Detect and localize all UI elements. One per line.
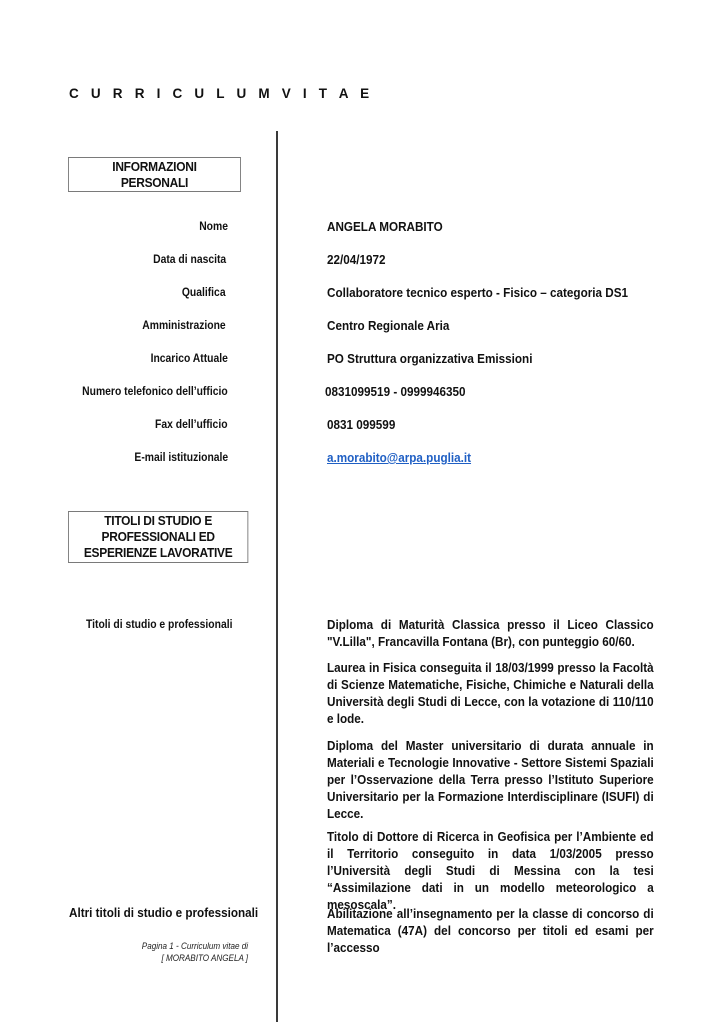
field-label-email: E-mail istituzionale (134, 452, 228, 464)
section-heading-line: PERSONALI (112, 175, 196, 191)
title-entry: Laurea in Fisica conseguita il 18/03/199… (327, 659, 654, 727)
field-value-amministrazione: Centro Regionale Aria (327, 318, 449, 333)
field-label-fax: Fax dell’ufficio (156, 419, 228, 431)
section-heading-line: TITOLI DI STUDIO E (84, 513, 233, 529)
section-heading-line: PROFESSIONALI ED (84, 529, 233, 545)
email-link[interactable]: a.morabito@arpa.puglia.it (327, 450, 471, 465)
title-entry: Titolo di Dottore di Ricerca in Geofisic… (327, 828, 654, 913)
section-heading-line: ESPERIENZE LAVORATIVE (84, 545, 233, 561)
field-label-nome: Nome (199, 221, 228, 233)
page-footer: Pagina 1 - Curriculum vitae di [ MORABIT… (142, 940, 248, 964)
field-label-incarico: Incarico Attuale (151, 353, 228, 365)
section-heading-personal: INFORMAZIONI PERSONALI (68, 157, 241, 192)
field-value-nome: ANGELA MORABITO (327, 219, 443, 234)
other-title-entry: Abilitazione all’insegnamento per la cla… (327, 905, 654, 956)
field-label-qualifica: Qualifica (182, 287, 226, 299)
title-entry: Diploma di Maturità Classica presso il L… (327, 616, 654, 650)
other-titles-label: Altri titoli di studio e professionali (69, 905, 258, 920)
field-value-qualifica: Collaboratore tecnico esperto - Fisico –… (327, 285, 628, 300)
field-label-telefono: Numero telefonico dell’ufficio (83, 386, 228, 398)
field-label-amministrazione: Amministrazione (143, 320, 226, 332)
page-title: C U R R I C U L U M V I T A E (69, 86, 373, 101)
section-heading-studies: TITOLI DI STUDIO E PROFESSIONALI ED ESPE… (68, 511, 248, 563)
title-entry: Diploma del Master universitario di dura… (327, 737, 654, 822)
footer-page-info: Pagina 1 - Curriculum vitae di (142, 940, 248, 952)
field-value-incarico: PO Struttura organizzativa Emissioni (327, 351, 532, 366)
field-value-telefono: 0831099519 - 0999946350 (325, 384, 466, 399)
titles-label: Titoli di studio e professionali (86, 619, 232, 631)
section-heading-line: INFORMAZIONI (112, 159, 196, 175)
footer-name: [ MORABITO ANGELA ] (142, 952, 248, 964)
field-value-fax: 0831 099599 (327, 417, 395, 432)
field-label-data-nascita: Data di nascita (153, 254, 226, 266)
field-value-data-nascita: 22/04/1972 (327, 252, 386, 267)
column-divider (276, 131, 278, 1022)
